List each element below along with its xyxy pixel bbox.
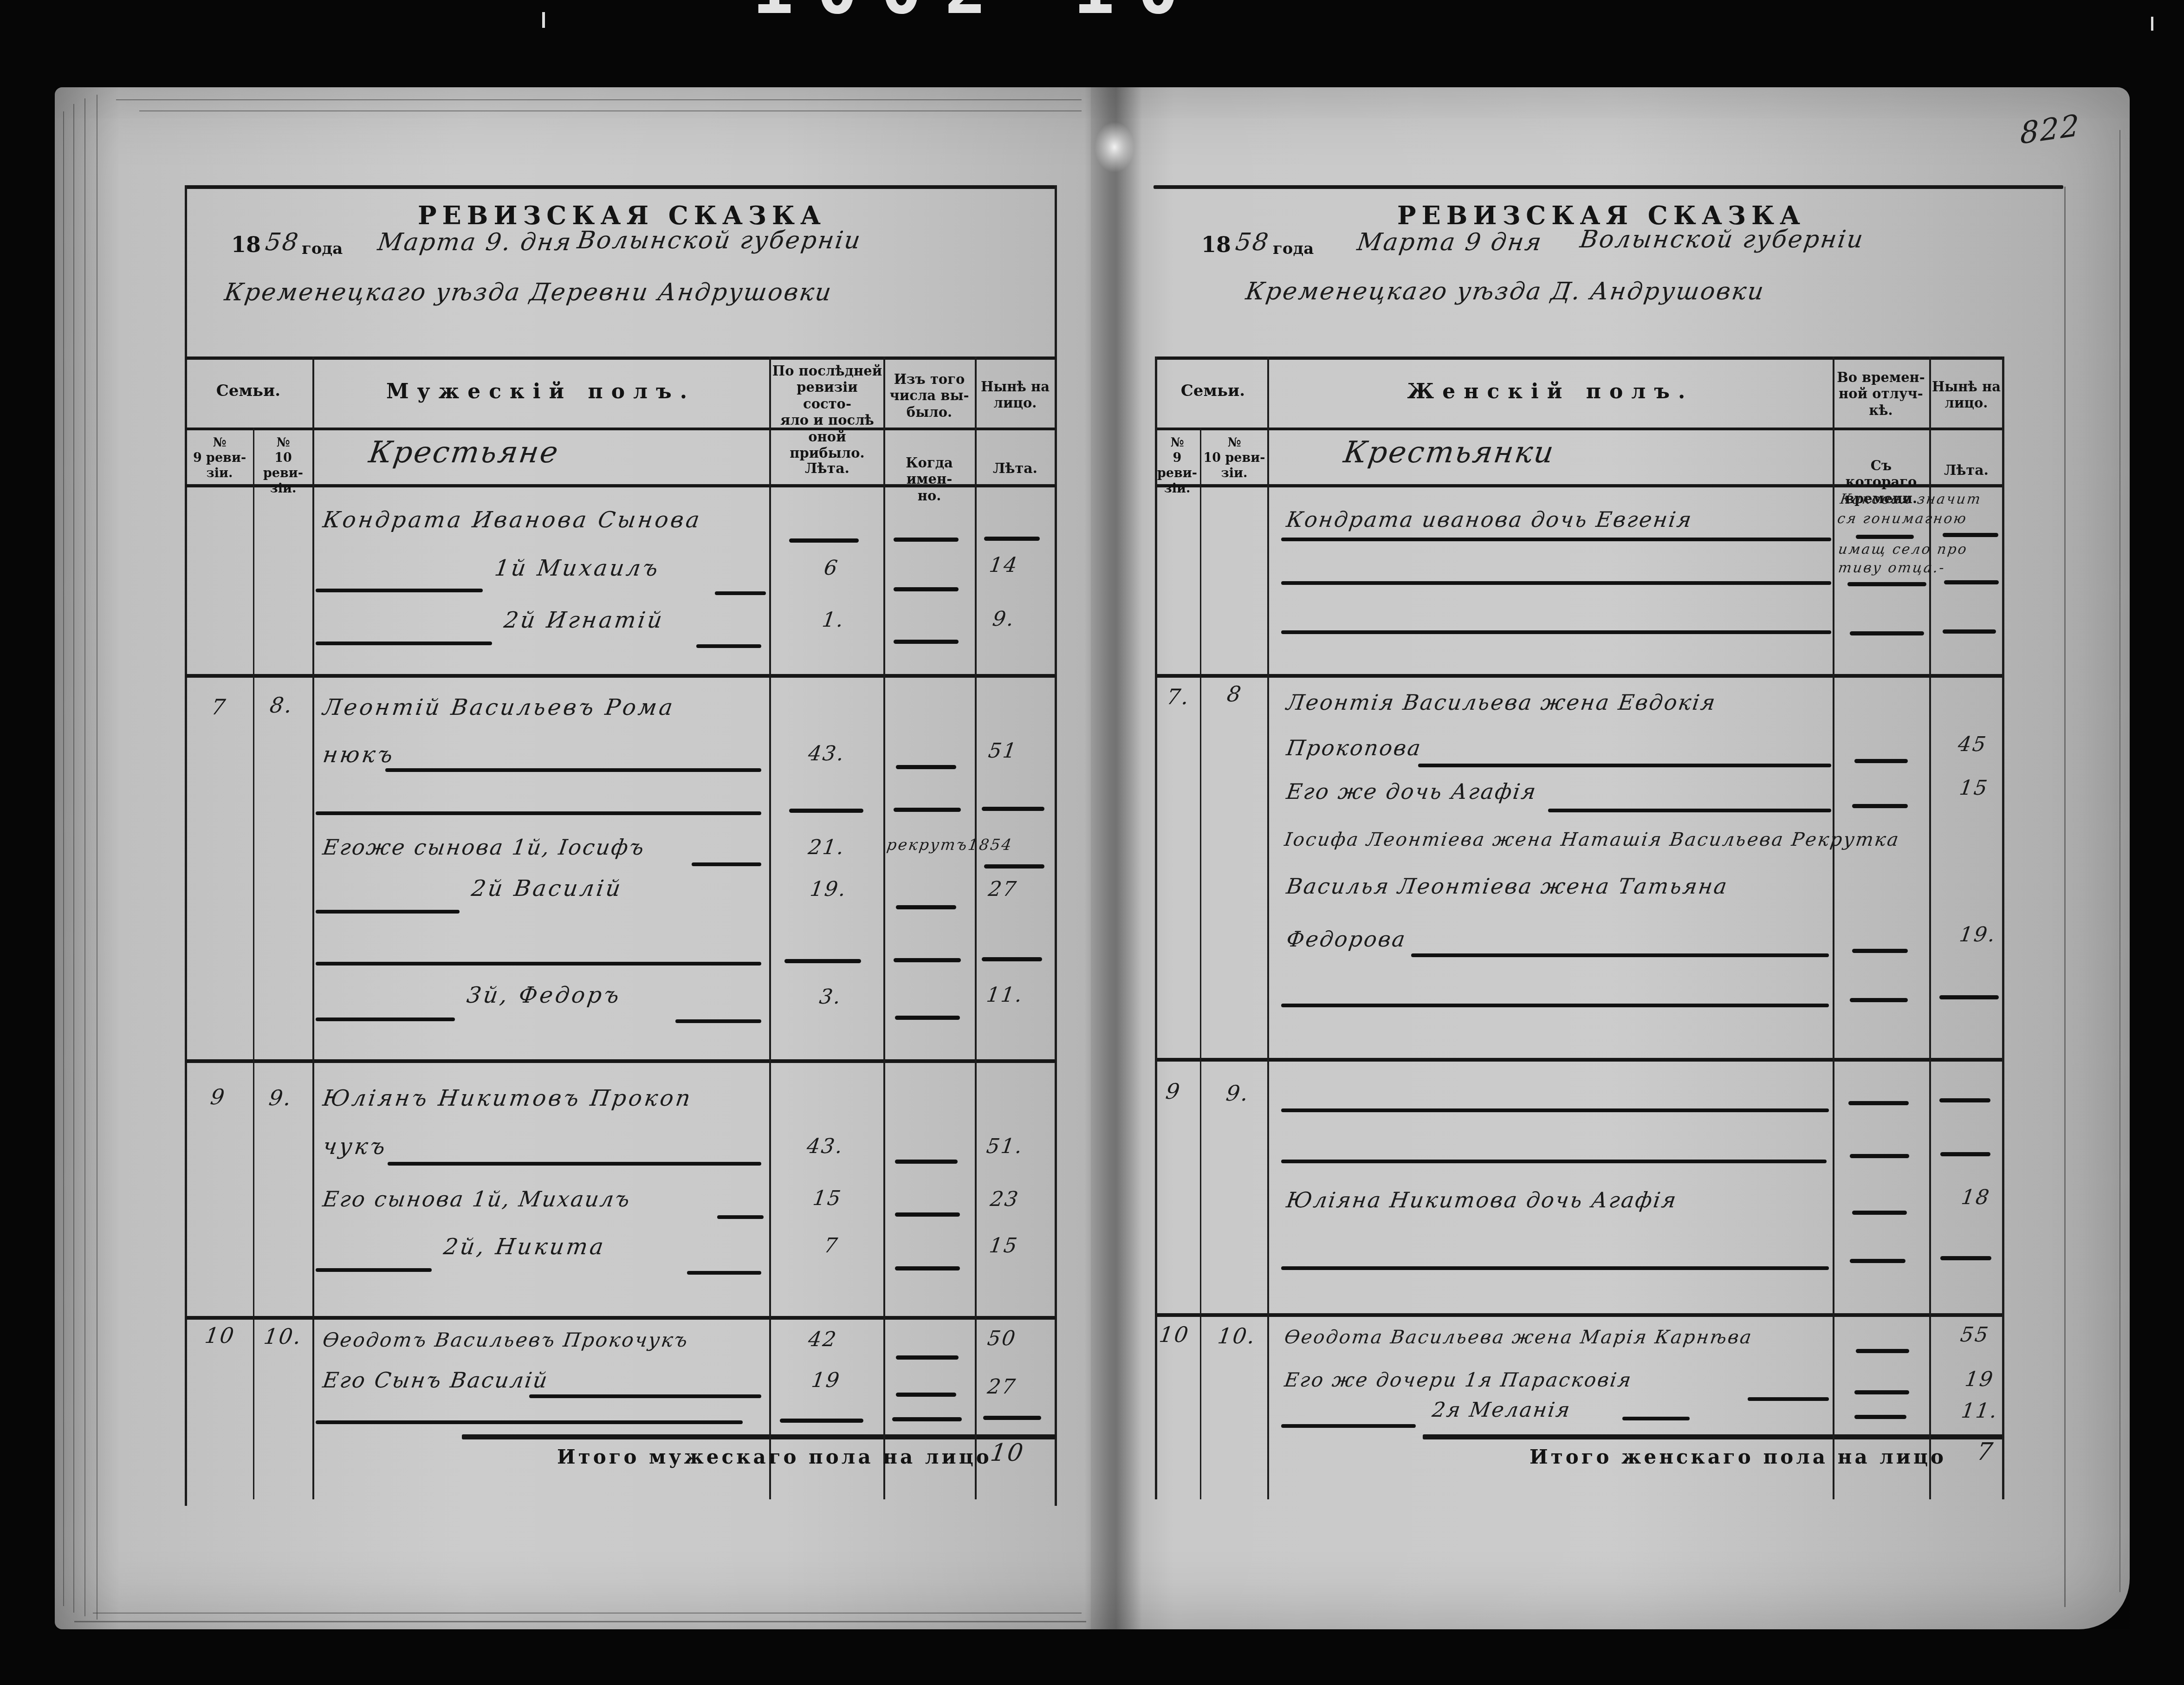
dash-mark bbox=[1850, 998, 1908, 1002]
family-no-9th: 7. bbox=[1165, 684, 1192, 709]
age-now-value: 50 bbox=[986, 1327, 1018, 1350]
age-prev-value: 42 bbox=[807, 1328, 839, 1351]
table-line bbox=[1156, 428, 2003, 430]
entry-name: Юліянъ Никитовъ Прокоп bbox=[321, 1085, 694, 1111]
dash-mark bbox=[895, 1266, 960, 1270]
dash-mark bbox=[1850, 1154, 1909, 1158]
name-underline bbox=[385, 768, 761, 772]
table-line bbox=[1267, 356, 1269, 1499]
entry-name: Его же дочери 1я Парасковія bbox=[1283, 1368, 1634, 1391]
entry-name: 2й Игнатій bbox=[502, 607, 666, 633]
trail-underline bbox=[717, 1215, 764, 1219]
dash-mark bbox=[895, 1212, 960, 1217]
table-line bbox=[1156, 356, 2003, 360]
total-rule bbox=[462, 1434, 1056, 1439]
table-line bbox=[1200, 428, 1201, 1499]
gutter-highlight bbox=[1095, 122, 1134, 173]
col-header-rev10: № 10 реви- зіи. bbox=[254, 435, 312, 497]
family-no-9th: 10 bbox=[1158, 1322, 1191, 1347]
province-script: Волынской губерніи bbox=[576, 227, 863, 254]
table-line bbox=[1156, 674, 2003, 678]
place-script: Кременецкаго уѣзда Деревни Андрушовки bbox=[223, 279, 834, 306]
age-value: 19 bbox=[1964, 1367, 1996, 1391]
film-frame-number-text: 1002 10 bbox=[752, 0, 1201, 24]
dash-mark bbox=[1854, 1390, 1909, 1394]
dash-mark bbox=[892, 1417, 962, 1421]
col-header-age: Лѣта. bbox=[1931, 462, 2002, 479]
dash-mark bbox=[1850, 1259, 1905, 1263]
date-script: Марта 9 дня bbox=[1355, 228, 1544, 256]
table-line bbox=[1156, 1058, 2003, 1062]
age-now-value: 14 bbox=[988, 553, 1020, 577]
age-now-value: 15 bbox=[988, 1234, 1020, 1257]
year-script: 58 bbox=[1234, 228, 1271, 256]
dash-mark bbox=[896, 1355, 959, 1360]
age-prev-value: 19. bbox=[809, 877, 849, 901]
lead-underline bbox=[316, 1268, 432, 1272]
entry-name: чукъ bbox=[321, 1134, 389, 1160]
place-script: Кременецкаго уѣзда Д. Андрушовки bbox=[1244, 278, 1767, 305]
table-line bbox=[186, 428, 1056, 430]
lead-underline bbox=[316, 1017, 455, 1021]
entry-name: Василья Леонтіева жена Татьяна bbox=[1285, 874, 1730, 899]
page-edge-line bbox=[2064, 187, 2066, 1607]
year-suffix: года bbox=[1273, 240, 1314, 258]
entry-name: Его же дочь Агафія bbox=[1285, 779, 1539, 804]
entry-name: Іосифа Леонтіева жена Наташія Васильева … bbox=[1283, 829, 1901, 850]
film-speck bbox=[542, 12, 545, 28]
trail-underline bbox=[692, 862, 761, 866]
name-underline bbox=[529, 1394, 761, 1398]
margin-note-line: имащ село про bbox=[1837, 541, 1969, 557]
name-underline bbox=[1281, 538, 1831, 541]
dash-mark bbox=[789, 809, 863, 813]
entry-name: Леонтій Васильевъ Рома bbox=[321, 694, 676, 720]
age-value: 15 bbox=[1958, 776, 1990, 800]
col-header-present: Нынѣ на лицо. bbox=[977, 379, 1054, 412]
trail-underline bbox=[1622, 1417, 1690, 1420]
entry-name: Ѳеодота Васильева жена Марія Карнѣва bbox=[1283, 1327, 1754, 1348]
dash-mark bbox=[982, 957, 1042, 961]
book-gutter bbox=[1084, 87, 1142, 1629]
dash-mark bbox=[1850, 631, 1924, 635]
blank-underline bbox=[316, 1420, 743, 1424]
family-no-10th: 10. bbox=[1216, 1323, 1258, 1348]
dash-mark bbox=[982, 807, 1044, 811]
dash-mark bbox=[896, 765, 956, 769]
entry-name: Юліяна Никитова дочь Агафія bbox=[1285, 1187, 1679, 1212]
table-line bbox=[975, 356, 977, 1499]
age-now-value: 27 bbox=[987, 877, 1019, 901]
dash-mark bbox=[1852, 949, 1908, 953]
entry-name: нюкъ bbox=[321, 742, 396, 768]
page-stack-edge bbox=[73, 104, 74, 1613]
margin-note-line: ся гонимагною bbox=[1836, 511, 1969, 527]
left-header-top-rule bbox=[186, 185, 1056, 189]
entry-name: Его Сынъ Василій bbox=[321, 1367, 550, 1393]
table-line bbox=[312, 356, 314, 1499]
age-now-value: 51. bbox=[985, 1134, 1025, 1158]
age-prev-value: 3. bbox=[818, 985, 843, 1009]
family-no-10th: 9. bbox=[267, 1085, 294, 1110]
lead-underline bbox=[316, 589, 483, 592]
entry-name: Ѳеодотъ Васильевъ Прокочукъ bbox=[321, 1329, 690, 1351]
margin-note-line: тиву отца.- bbox=[1837, 560, 1946, 576]
blank-underline bbox=[1281, 1266, 1829, 1270]
age-now-value: 11. bbox=[985, 983, 1025, 1007]
dash-mark bbox=[895, 1016, 960, 1020]
family-no-9th: 10 bbox=[203, 1323, 237, 1348]
table-line bbox=[186, 356, 1056, 360]
age-value: 55 bbox=[1959, 1323, 1991, 1347]
blank-underline bbox=[1281, 1160, 1827, 1163]
age-prev-value: 43. bbox=[805, 1134, 845, 1158]
page-stack-edge bbox=[97, 95, 97, 1620]
page-stack-edge bbox=[93, 1613, 1082, 1614]
total-label: Итого женскаго пола на лицо bbox=[1529, 1445, 1946, 1468]
left-frame-left bbox=[185, 185, 187, 1506]
lead-underline bbox=[1281, 1424, 1416, 1428]
entry-name: 3й, Федоръ bbox=[465, 982, 623, 1008]
dash-mark bbox=[1856, 1349, 1909, 1353]
page-title: РЕВИЗСКАЯ СКАЗКА bbox=[232, 201, 1012, 230]
blank-underline bbox=[1281, 581, 1831, 585]
table-line bbox=[186, 1059, 1056, 1063]
age-value: 45 bbox=[1957, 732, 1989, 756]
estate-script: Крестьянки bbox=[1342, 435, 1557, 470]
dash-mark bbox=[1854, 759, 1908, 763]
blank-underline bbox=[1281, 1108, 1829, 1112]
entry-name: Федорова bbox=[1285, 927, 1408, 952]
entry-name: Прокопова bbox=[1285, 735, 1424, 760]
entry-name: 1й Михаилъ bbox=[493, 555, 662, 581]
dash-mark bbox=[1939, 995, 1999, 999]
table-line bbox=[1155, 356, 1157, 1499]
name-underline bbox=[1411, 953, 1829, 957]
family-no-10th: 10. bbox=[262, 1324, 304, 1349]
microfilm-scan: 1002 10 822 РЕВИЗСКАЯ СКАЗКА 18 58 года … bbox=[0, 0, 2184, 1685]
dash-mark bbox=[894, 958, 961, 962]
table-line bbox=[253, 428, 254, 1499]
col-header-rev10: № 10 реви- зіи. bbox=[1202, 435, 1266, 481]
dash-mark bbox=[1940, 1256, 1991, 1260]
trail-underline bbox=[696, 644, 761, 648]
col-header-prev-revision: По послѣдней ревизіи состо- яло и послѣ … bbox=[772, 363, 882, 461]
entry-name: Кондрата иванова дочь Евгенія bbox=[1285, 507, 1694, 532]
entry-name: 2я Меланія bbox=[1431, 1398, 1573, 1422]
col-header-age-prev: Лѣта. bbox=[772, 460, 882, 477]
trail-underline bbox=[675, 1019, 761, 1023]
age-now-value: 23 bbox=[989, 1187, 1021, 1211]
year-suffix: года bbox=[302, 240, 343, 258]
dash-mark bbox=[780, 1419, 863, 1423]
year-printed: 18 bbox=[231, 232, 261, 257]
dash-mark bbox=[1847, 582, 1926, 586]
table-line bbox=[186, 674, 1056, 678]
lead-underline bbox=[316, 910, 460, 914]
age-prev-value: 19 bbox=[810, 1368, 842, 1392]
lead-underline bbox=[316, 642, 492, 645]
table-line bbox=[186, 1316, 1056, 1320]
table-line bbox=[1929, 356, 1931, 1499]
dash-mark bbox=[1939, 1098, 1990, 1102]
blank-underline bbox=[1281, 630, 1831, 634]
family-no-10th: 8. bbox=[268, 693, 295, 718]
dash-mark bbox=[1943, 629, 1996, 634]
page-stack-edge bbox=[139, 110, 1082, 111]
blank-underline bbox=[316, 962, 761, 966]
entry-name: Кондрата Иванова Сынова bbox=[321, 507, 703, 533]
col-header-age-now: Лѣта. bbox=[977, 460, 1054, 477]
year-printed: 18 bbox=[1201, 232, 1231, 257]
total-label: Итого мужескаго пола на лицо bbox=[557, 1445, 992, 1468]
age-prev-value: 43. bbox=[807, 742, 847, 765]
total-value: 10 bbox=[989, 1439, 1026, 1467]
page-stack-edge bbox=[116, 99, 1082, 100]
table-line bbox=[883, 356, 885, 1499]
dash-mark bbox=[896, 905, 956, 909]
age-now-value: 27 bbox=[986, 1375, 1018, 1399]
name-underline bbox=[1418, 764, 1831, 767]
entry-name: Его сынова 1й, Михаилъ bbox=[321, 1186, 633, 1212]
dash-mark bbox=[983, 1416, 1041, 1420]
col-header-departed: Изъ того числа вы- было. bbox=[885, 371, 973, 421]
page-stack-edge bbox=[63, 111, 64, 1606]
dash-mark bbox=[789, 538, 859, 543]
col-header-family: Семьи. bbox=[1160, 382, 1266, 400]
age-value: 19. bbox=[1958, 923, 1998, 946]
dash-mark bbox=[1848, 1101, 1909, 1105]
dash-mark bbox=[1852, 804, 1908, 808]
dash-mark bbox=[1852, 1211, 1907, 1215]
name-underline bbox=[1548, 809, 1831, 812]
page-stack-edge bbox=[74, 1621, 1086, 1622]
blank-underline bbox=[1281, 1004, 1829, 1007]
dash-mark bbox=[1944, 580, 1999, 584]
age-prev-value: 21. bbox=[807, 836, 847, 859]
entry-name: Леонтія Васильева жена Евдокія bbox=[1285, 690, 1718, 715]
dash-mark bbox=[894, 587, 959, 591]
name-underline bbox=[388, 1162, 761, 1166]
departure-note: рекрутъ1854 bbox=[886, 836, 1014, 854]
table-line bbox=[1833, 356, 1834, 1499]
dash-mark bbox=[894, 808, 961, 812]
col-header-rev9: № 9 реви- зіи. bbox=[187, 435, 253, 481]
age-now-value: 9. bbox=[991, 607, 1017, 631]
dash-mark bbox=[1854, 1415, 1906, 1419]
table-line bbox=[1156, 1313, 2003, 1317]
table-line bbox=[2002, 356, 2004, 1499]
right-header-top-rule bbox=[1154, 185, 2063, 189]
film-speck bbox=[2151, 17, 2153, 31]
date-script: Марта 9. дня bbox=[376, 228, 574, 256]
dash-mark bbox=[984, 864, 1044, 868]
col-header-absence: Во времен- ной отлуч- кѣ. bbox=[1834, 369, 1927, 419]
right-page-shading bbox=[1091, 87, 2130, 1629]
total-rule bbox=[1423, 1434, 2003, 1439]
page-stack-edge bbox=[2119, 130, 2120, 1592]
left-frame-right bbox=[1055, 185, 1057, 1506]
dash-mark bbox=[1943, 533, 1998, 537]
col-header-sex: Женскій полъ. bbox=[1277, 380, 1824, 403]
dash-mark bbox=[896, 1393, 956, 1397]
age-prev-value: 15 bbox=[811, 1186, 843, 1210]
trail-underline bbox=[715, 591, 766, 595]
page-stack-edge bbox=[84, 98, 85, 1616]
dash-mark bbox=[984, 537, 1040, 541]
age-value: 11. bbox=[1960, 1399, 2000, 1423]
table-line bbox=[769, 356, 771, 1499]
col-header-rev9: № 9 реви- зіи. bbox=[1154, 435, 1200, 497]
family-no-10th: 9. bbox=[1225, 1081, 1251, 1106]
dash-mark bbox=[895, 1160, 958, 1164]
entry-name: Егоже сынова 1й, Іосифъ bbox=[321, 835, 647, 860]
province-script: Волынской губерніи bbox=[1578, 226, 1866, 253]
age-value: 18 bbox=[1960, 1186, 1992, 1209]
entry-name: 2й Василій bbox=[470, 875, 624, 901]
trail-underline bbox=[1748, 1397, 1829, 1401]
col-header-when: Когда имен- но. bbox=[885, 455, 973, 504]
age-now-value: 51 bbox=[987, 739, 1019, 763]
blank-underline bbox=[316, 811, 761, 815]
dash-mark bbox=[1940, 1152, 1990, 1156]
margin-note-line: Каковая значит bbox=[1839, 491, 1983, 507]
dash-mark bbox=[784, 959, 861, 963]
year-script: 58 bbox=[264, 228, 301, 256]
estate-script: Крестьяне bbox=[367, 435, 562, 470]
film-frame-number: 1002 10 bbox=[752, 0, 1402, 28]
dash-mark bbox=[894, 538, 959, 542]
col-header-sex: Мужескій полъ. bbox=[320, 380, 761, 403]
col-header-present: Нынѣ на лицо. bbox=[1931, 379, 2002, 412]
col-header-family: Семьи. bbox=[190, 382, 306, 400]
trail-underline bbox=[687, 1271, 761, 1275]
age-prev-value: 1. bbox=[821, 608, 846, 632]
entry-name: 2й, Никита bbox=[442, 1234, 607, 1260]
dash-mark bbox=[1856, 535, 1914, 539]
dash-mark bbox=[894, 640, 959, 644]
